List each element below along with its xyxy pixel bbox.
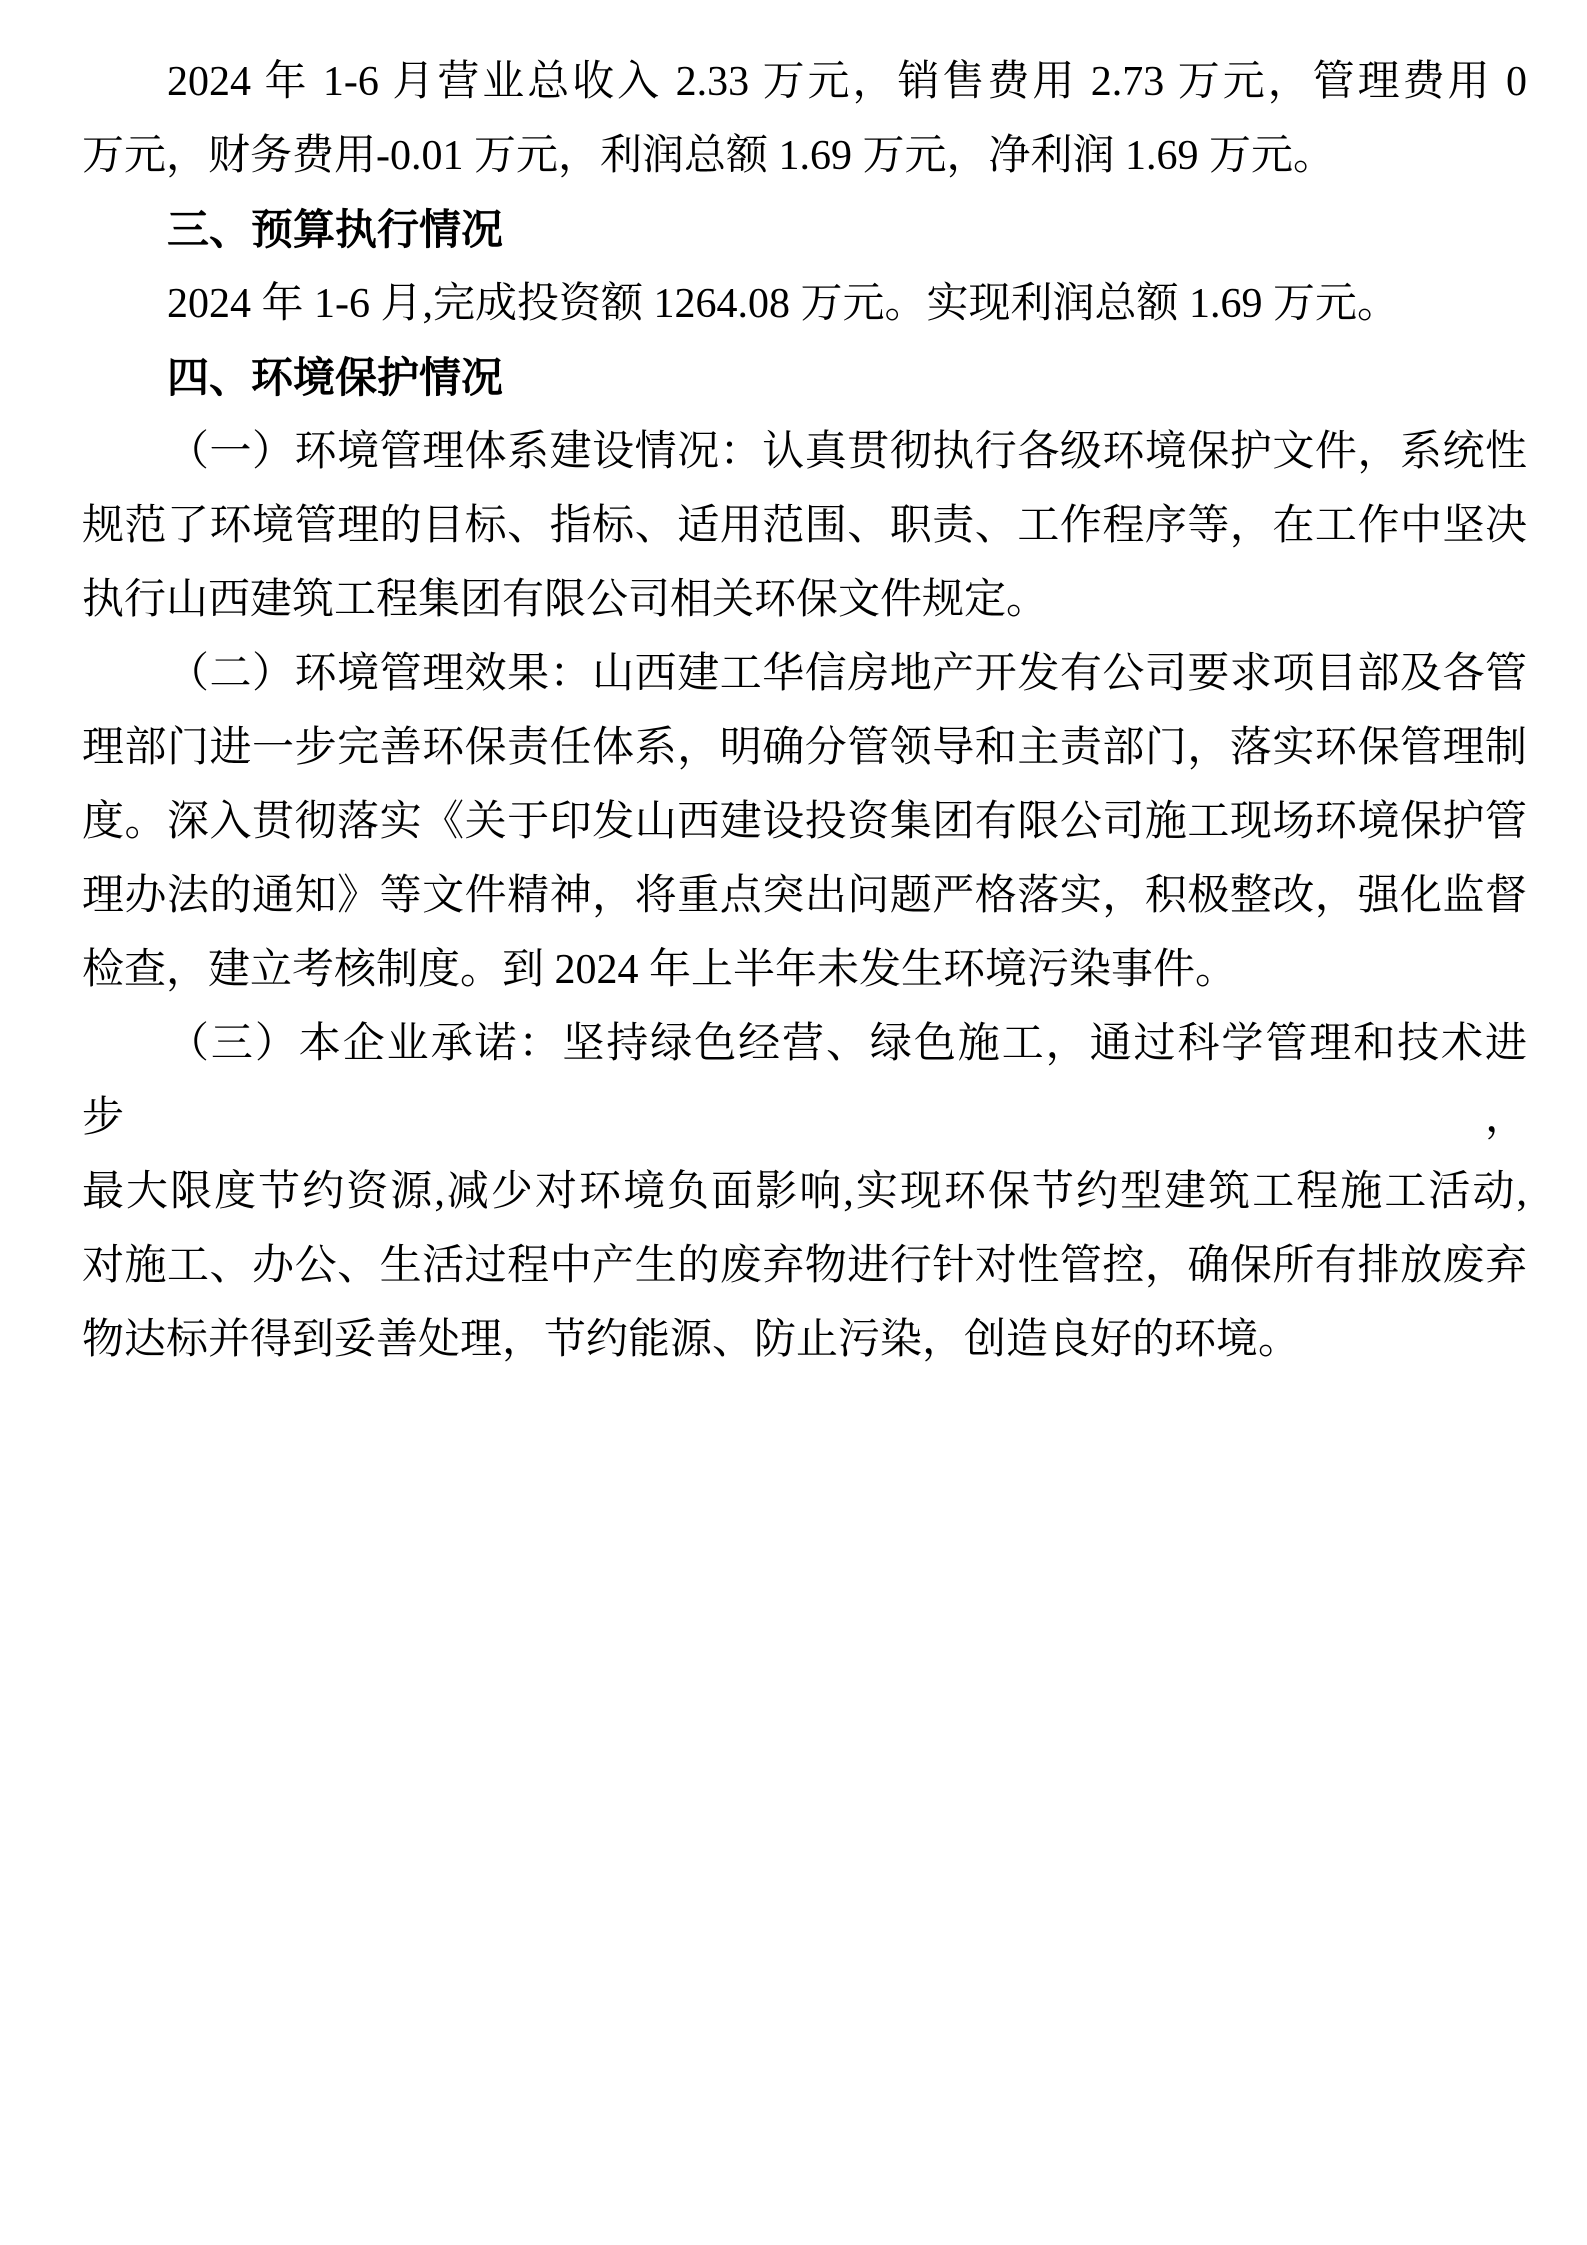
paragraph-env-system-line-3: 执行山西建筑工程集团有限公司相关环保文件规定。 xyxy=(82,563,1527,637)
paragraph-commitment-line-3: 对施工、办公、生活过程中产生的废弃物进行针对性管控，确保所有排放废弃 xyxy=(82,1229,1527,1303)
paragraph-env-effect-line-4: 理办法的通知》等文件精神，将重点突出问题严格落实，积极整改，强化监督 xyxy=(82,859,1527,933)
paragraph-env-system-line-2: 规范了环境管理的目标、指标、适用范围、职责、工作程序等，在工作中坚决 xyxy=(82,489,1527,563)
paragraph-budget-line-1: 2024 年 1-6 月,完成投资额 1264.08 万元。实现利润总额 1.6… xyxy=(82,267,1527,341)
section-heading-environment: 四、环境保护情况 xyxy=(82,341,1527,415)
paragraph-env-effect-line-2: 理部门进一步完善环保责任体系，明确分管领导和主责部门，落实环保管理制 xyxy=(82,711,1527,785)
paragraph-commitment-line-1: （三）本企业承诺：坚持绿色经营、绿色施工，通过科学管理和技术进步， xyxy=(82,1007,1527,1155)
document-page: 2024 年 1-6 月营业总收入 2.33 万元，销售费用 2.73 万元，管… xyxy=(0,0,1587,2245)
paragraph-env-system-line-1: （一）环境管理体系建设情况：认真贯彻执行各级环境保护文件，系统性 xyxy=(82,415,1527,489)
paragraph-commitment-line-2: 最大限度节约资源,减少对环境负面影响,实现环保节约型建筑工程施工活动, xyxy=(82,1155,1527,1229)
paragraph-env-effect-line-5: 检查，建立考核制度。到 2024 年上半年未发生环境污染事件。 xyxy=(82,933,1527,1007)
paragraph-commitment-line-4: 物达标并得到妥善处理，节约能源、防止污染，创造良好的环境。 xyxy=(82,1303,1527,1377)
paragraph-env-effect-line-3: 度。深入贯彻落实《关于印发山西建设投资集团有限公司施工现场环境保护管 xyxy=(82,785,1527,859)
document-content: 2024 年 1-6 月营业总收入 2.33 万元，销售费用 2.73 万元，管… xyxy=(0,0,1587,1377)
paragraph-env-effect-line-1: （二）环境管理效果：山西建工华信房地产开发有公司要求项目部及各管 xyxy=(82,637,1527,711)
paragraph-revenue-line-2: 万元，财务费用-0.01 万元，利润总额 1.69 万元，净利润 1.69 万元… xyxy=(82,119,1527,193)
section-heading-budget: 三、预算执行情况 xyxy=(82,193,1527,267)
paragraph-revenue-line-1: 2024 年 1-6 月营业总收入 2.33 万元，销售费用 2.73 万元，管… xyxy=(82,45,1527,119)
